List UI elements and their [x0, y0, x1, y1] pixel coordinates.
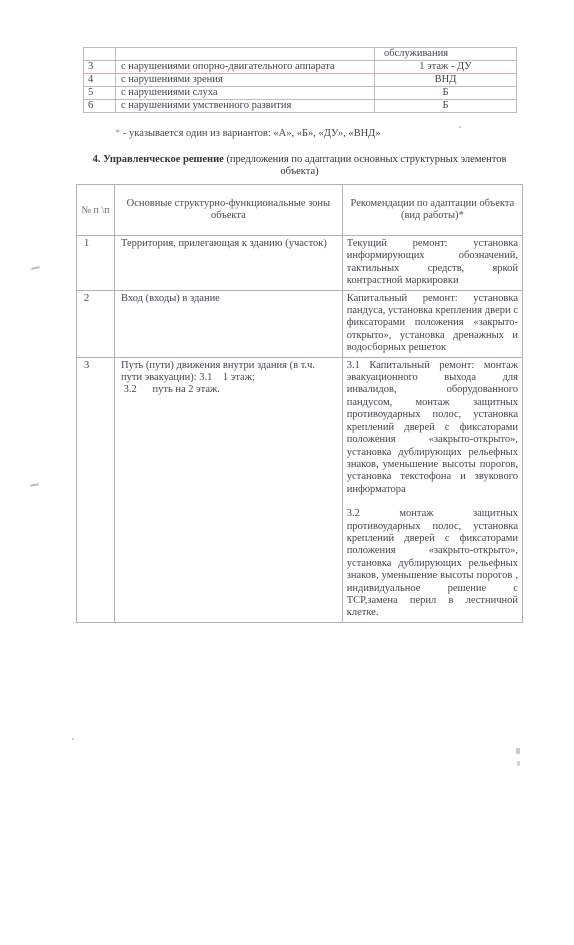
scan-mark [72, 738, 74, 740]
value-cell: Б [375, 87, 517, 100]
scan-mark [459, 126, 461, 128]
row-number: 1 [77, 236, 115, 291]
zone-text: 3.2 путь на 2 этаж. [121, 384, 338, 396]
row-number: 5 [84, 87, 116, 100]
row-number: 3 [77, 357, 115, 622]
recommendation-text: Капитальный ремонт: установка пандуса, у… [347, 293, 518, 355]
category-cell [116, 48, 375, 61]
header-recommendation: Рекомендации по адаптации объекта (вид р… [342, 185, 522, 236]
recommendation-cell: Текущий ремонт: установка информирующих … [342, 236, 522, 291]
table-row: 3 с нарушениями опорно-двигательного апп… [84, 61, 517, 74]
scanned-document-page: обслуживания 3 с нарушениями опорно-двиг… [0, 0, 574, 945]
category-cell: с нарушениями опорно-двигательного аппар… [116, 61, 375, 74]
section-title-rest: (предложения по адаптации основных струк… [224, 154, 507, 177]
recommendation-text-3-2: 3.2 монтаж защитных противоударных полос… [347, 508, 518, 620]
row-number: 3 [84, 61, 116, 74]
section-title: 4. Управленческое решение (предложения п… [76, 154, 523, 178]
table-row: 3 Путь (пути) движения внутри здания (в … [77, 357, 523, 622]
zone-text: Путь (пути) движения внутри здания (в т.… [121, 360, 338, 385]
zone-cell: Путь (пути) движения внутри здания (в т.… [115, 357, 343, 622]
recommendation-text-3-1: 3.1 Капитальный ремонт: монтаж эвакуацио… [347, 360, 518, 496]
row-number: 6 [84, 100, 116, 113]
table-row: 2 Вход (входы) в здание Капитальный ремо… [77, 290, 523, 357]
recommendation-cell: 3.1 Капитальный ремонт: монтаж эвакуацио… [342, 357, 522, 622]
category-cell: с нарушениями зрения [116, 74, 375, 87]
value-cell: Б [375, 100, 517, 113]
zone-cell: Вход (входы) в здание [115, 290, 343, 357]
row-number [84, 48, 116, 61]
table-row: 5 с нарушениями слуха Б [84, 87, 517, 100]
scan-mark [31, 266, 40, 270]
row-number: 2 [77, 290, 115, 357]
value-cell: ВНД [375, 74, 517, 87]
header-num: № п \п [77, 185, 115, 236]
category-cell: с нарушениями слуха [116, 87, 375, 100]
value-cell: обслуживания [375, 48, 517, 61]
table-row: 1 Территория, прилегающая к зданию (учас… [77, 236, 523, 291]
section-title-bold: Управленческое решение [103, 154, 224, 165]
zone-text: Территория, прилегающая к зданию (участо… [121, 238, 338, 250]
management-decision-table: № п \п Основные структурно-функциональны… [76, 184, 523, 623]
table-row: обслуживания [84, 48, 517, 61]
row-number: 4 [84, 74, 116, 87]
zone-cell: Территория, прилегающая к зданию (участо… [115, 236, 343, 291]
scan-mark [517, 761, 520, 766]
scan-mark [30, 483, 39, 486]
zone-text: Вход (входы) в здание [121, 293, 338, 305]
table-row: 6 с нарушениями умственного развития Б [84, 100, 517, 113]
disability-category-table: обслуживания 3 с нарушениями опорно-двиг… [83, 47, 517, 113]
recommendation-cell: Капитальный ремонт: установка пандуса, у… [342, 290, 522, 357]
table-row: 4 с нарушениями зрения ВНД [84, 74, 517, 87]
table-header-row: № п \п Основные структурно-функциональны… [77, 185, 523, 236]
section-number: 4. [93, 154, 101, 165]
header-zone: Основные структурно-функциональные зоны … [115, 185, 343, 236]
footnote: * - указывается один из вариантов: «А», … [115, 128, 381, 139]
footnote-text: - указывается один из вариантов: «А», «Б… [120, 128, 380, 139]
value-cell: 1 этаж - ДУ [375, 61, 517, 74]
recommendation-text: Текущий ремонт: установка информирующих … [347, 238, 518, 288]
category-cell: с нарушениями умственного развития [116, 100, 375, 113]
scan-mark [516, 748, 520, 754]
